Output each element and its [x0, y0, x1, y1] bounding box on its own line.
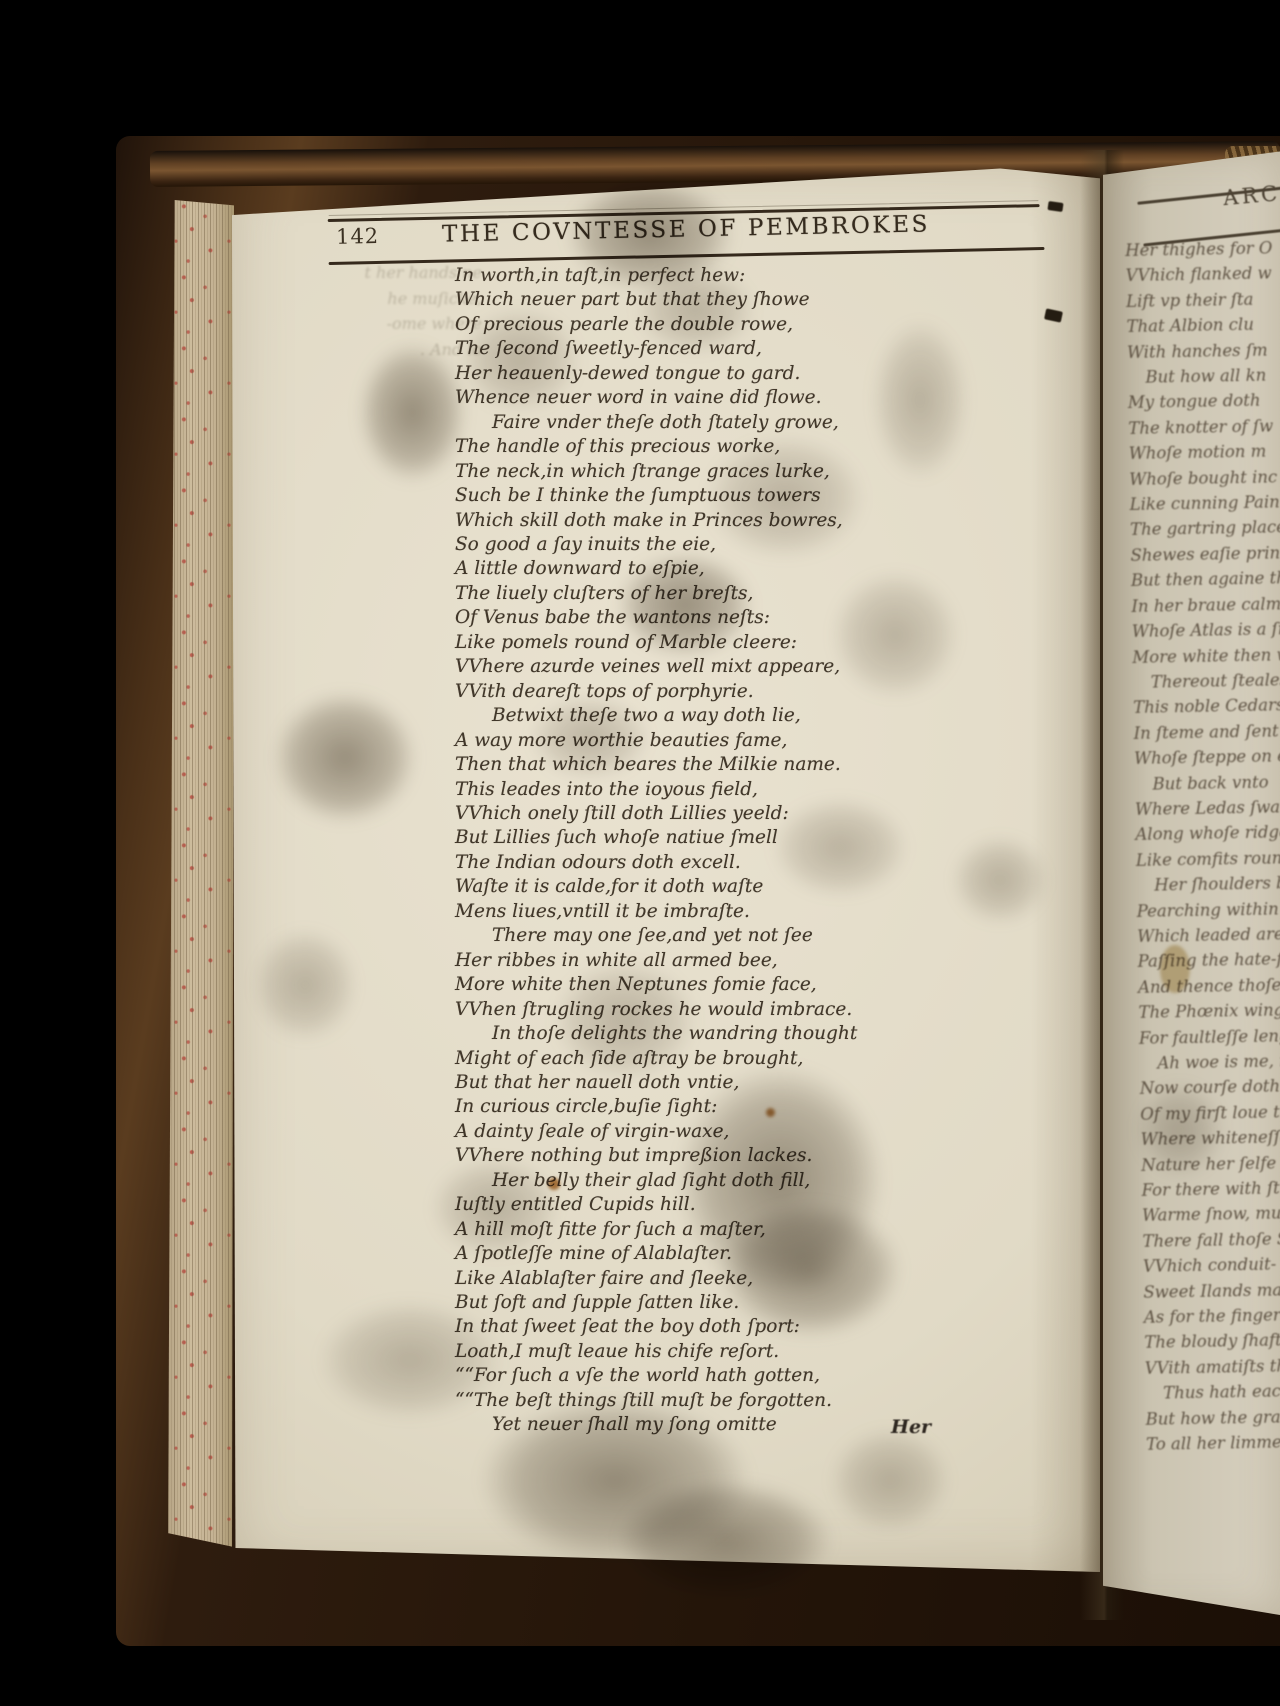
- poem-line: ““For ſuch a vſe the world hath gotten,: [455, 1364, 857, 1388]
- poem-line: Like pomels round of Marble cleere:: [455, 631, 857, 655]
- poem-line: But ſoft and ſupple ſatten like.: [455, 1291, 857, 1315]
- poem-fragment: Now courſe doth le: [1140, 1073, 1280, 1102]
- right-running-header: ARCAD: [1222, 178, 1280, 210]
- poem-line: ““The beſt things ſtill muſt be forgotte…: [455, 1389, 857, 1413]
- poem-line: Her heauenly-dewed tongue to gard.: [455, 362, 857, 386]
- poem-fragment: Her ſhoulders be: [1136, 870, 1280, 899]
- poem-fragment: To all her limmes a ſp: [1146, 1429, 1280, 1458]
- poem-fragment: Like comfits round: [1136, 844, 1280, 873]
- poem-fragment: Thereout ſteales: [1133, 667, 1280, 696]
- poem-fragment: Ah woe is me, m: [1139, 1048, 1280, 1077]
- poem-line: In thoſe delights the wandring thought: [455, 1022, 857, 1046]
- catchword: Her: [891, 1416, 931, 1438]
- poem-line: Of precious pearle the double rowe,: [455, 313, 857, 337]
- poem-line: Betwixt theſe two a way doth lie,: [455, 704, 857, 728]
- poem-fragment: VVhich flanked w: [1125, 260, 1280, 289]
- rust-stain: [766, 1108, 775, 1117]
- poem-line: VVhen ſtrugling rockes he would imbrace.: [455, 998, 857, 1022]
- poem-line: A dainty ſeale of virgin-waxe,: [455, 1120, 857, 1144]
- poem-fragment: VVhich conduit-: [1143, 1251, 1280, 1280]
- poem-line: Then that which beares the Milkie name.: [455, 753, 857, 777]
- poem-line: Like Alablaſter faire and ſleeke,: [455, 1267, 857, 1291]
- poem-line: VVhere nothing but impreßion lackes.: [455, 1144, 857, 1168]
- poem-fragment: But then againe th: [1131, 565, 1280, 594]
- poem-line: Waſte it is calde,for it doth waſte: [455, 875, 857, 899]
- poem-fragment: The Phœnix wing: [1138, 997, 1280, 1026]
- poem-line: Such be I thinke the ſumptuous towers: [455, 484, 857, 508]
- poem-fragment: Paſſing the hate-ſp: [1137, 946, 1280, 975]
- poem-fragment: For there with ſtr: [1141, 1175, 1280, 1204]
- poem-line: There may one ſee,and yet not ſee: [455, 924, 857, 948]
- poem-line: So good a ſay inuits the eie,: [455, 533, 857, 557]
- poem-fragment: And thence thoſe: [1138, 971, 1280, 1000]
- poem-fragment: Like cunning Pain: [1129, 489, 1280, 518]
- poem-line: A hill moſt fitte for ſuch a maſter,: [455, 1218, 857, 1242]
- poem-fragment: VVith amatiſts they h: [1145, 1352, 1280, 1381]
- poem-line: The Indian odours doth excell.: [455, 851, 857, 875]
- poem-line: Iuſtly entitled Cupids hill.: [455, 1193, 857, 1217]
- poem-fragment: Of my firſt loue the: [1140, 1098, 1280, 1127]
- poem-line: Might of each ſide aſtray be brought,: [455, 1047, 857, 1071]
- poem-line: A little downward to eſpie,: [455, 557, 857, 581]
- poem-fragment: In ſteme and ſent: [1133, 717, 1280, 746]
- ink-mark: [1047, 201, 1063, 212]
- poem-fragment: The bloudy ſhafts of C: [1144, 1327, 1280, 1356]
- poem-line: Whence neuer word in vaine did flowe.: [455, 386, 857, 410]
- poem-fragment: Along whoſe ridge: [1135, 819, 1280, 848]
- poem-fragment: Whoſe Atlas is a ſm: [1132, 616, 1280, 645]
- poem-fragment: As for the fingers of th: [1144, 1302, 1280, 1331]
- poem-line: A ſpotleſſe mine of Alablaſter.: [455, 1242, 857, 1266]
- poem-fragment: But back vnto: [1134, 768, 1280, 797]
- poem-fragment: Thus hath each pa: [1145, 1378, 1280, 1407]
- poem-line: Loath,I muſt leaue his chife reſort.: [455, 1340, 857, 1364]
- poem-fragment: The knotter of ſw: [1128, 413, 1280, 442]
- poem-fragment: But how the graces da: [1145, 1403, 1280, 1432]
- poem-fragment: This noble Cedars: [1133, 692, 1280, 721]
- poem-fragment: For faultleſſe leng: [1139, 1022, 1280, 1051]
- poem-line: Faire vnder theſe doth ſtately growe,: [455, 411, 857, 435]
- poem-fragment: Lift vp their ſta: [1126, 286, 1280, 315]
- poem-line: The handle of this precious worke,: [455, 435, 857, 459]
- poem-line: More white then Neptunes fomie face,: [455, 973, 857, 997]
- poem-fragment: But how all kn: [1127, 362, 1280, 391]
- poem-fragment: Where whiteneſſe d: [1141, 1124, 1280, 1153]
- poem-fragment: Warme ſnow, muſt: [1142, 1200, 1280, 1229]
- poem-line: Her belly their glad ſight doth fill,: [455, 1169, 857, 1193]
- poem-fragment: There fall thoſe Sap: [1142, 1225, 1280, 1254]
- poem-line: VVhich onely ſtill doth Lillies yeeld:: [455, 802, 857, 826]
- poem-line: Which neuer part but that they ſhowe: [455, 288, 857, 312]
- poem-fragment: Where Ledas ſwan: [1135, 794, 1280, 823]
- poem-line: VVhere azurde veines well mixt appeare,: [455, 655, 857, 679]
- poem-fragment: Whoſe ſteppe on ea: [1134, 743, 1280, 772]
- page-fore-edge-speckled: [168, 200, 234, 1552]
- poem-text: In worth,in taſt,in perfect hew:Which ne…: [455, 264, 857, 1438]
- poem-line: But Lillies ſuch whoſe natiue ſmell: [455, 826, 857, 850]
- poem-line: Mens liues,vntill it be imbraſte.: [455, 900, 857, 924]
- poem-fragment: Nature her ſelfe ch: [1141, 1149, 1280, 1178]
- poem-line: VVith deareſt tops of porphyrie.: [455, 680, 857, 704]
- poem-fragment: Her thighes for O: [1125, 235, 1280, 264]
- poem-fragment: Which leaded are: [1137, 921, 1280, 950]
- poem-line: In curious circle,buſie ſight:: [455, 1095, 857, 1119]
- poem-line: The ſecond ſweetly-fenced ward,: [455, 337, 857, 361]
- right-poem-text: Her thighes for OVVhich flanked wLift vp…: [1125, 235, 1280, 1458]
- poem-line: In worth,in taſt,in perfect hew:: [455, 264, 857, 288]
- poem-line: This leades into the ioyous field,: [455, 778, 857, 802]
- right-page: ARCAD Her thighes for OVVhich flanked wL…: [1103, 150, 1280, 1615]
- poem-line: Her ribbes in white all armed bee,: [455, 949, 857, 973]
- poem-line: A way more worthie beauties fame,: [455, 729, 857, 753]
- rust-stain: [1160, 945, 1190, 993]
- poem-fragment: The gartring place: [1130, 514, 1280, 543]
- rust-stain: [548, 1178, 560, 1190]
- poem-fragment: Pearching within ſ: [1137, 895, 1280, 924]
- running-header: THE COVNTESSE OF PEMBROKES: [328, 209, 1044, 250]
- poem-fragment: With hanches ſm: [1127, 336, 1280, 365]
- poem-line: But that her nauell doth vntie,: [455, 1071, 857, 1095]
- photo-black-background: 142 THE COVNTESSE OF PEMBROKES t her han…: [0, 0, 1280, 1706]
- poem-line: Yet neuer ſhall my ſong omitte: [455, 1413, 857, 1437]
- poem-line: Which skill doth make in Princes bowres,: [455, 509, 857, 533]
- poem-line: In that ſweet ſeat the boy doth ſport:: [455, 1315, 857, 1339]
- poem-line: The liuely cluſters of her breſts,: [455, 582, 857, 606]
- poem-fragment: Shewes eaſie print: [1130, 540, 1280, 569]
- poem-fragment: That Albion clu: [1126, 311, 1280, 340]
- poem-fragment: Whoſe motion m: [1129, 438, 1280, 467]
- poem-fragment: Whoſe bought inc: [1129, 463, 1280, 492]
- poem-fragment: My tongue doth: [1128, 387, 1280, 416]
- poem-fragment: Sweet Ilands make in: [1143, 1276, 1280, 1305]
- poem-line: The neck,in which ſtrange graces lurke,: [455, 460, 857, 484]
- poem-fragment: More white then w: [1132, 641, 1280, 670]
- poem-fragment: In her braue calms: [1131, 590, 1280, 619]
- left-page: 142 THE COVNTESSE OF PEMBROKES t her han…: [232, 160, 1100, 1572]
- poem-line: Of Venus babe the wantons neſts:: [455, 606, 857, 630]
